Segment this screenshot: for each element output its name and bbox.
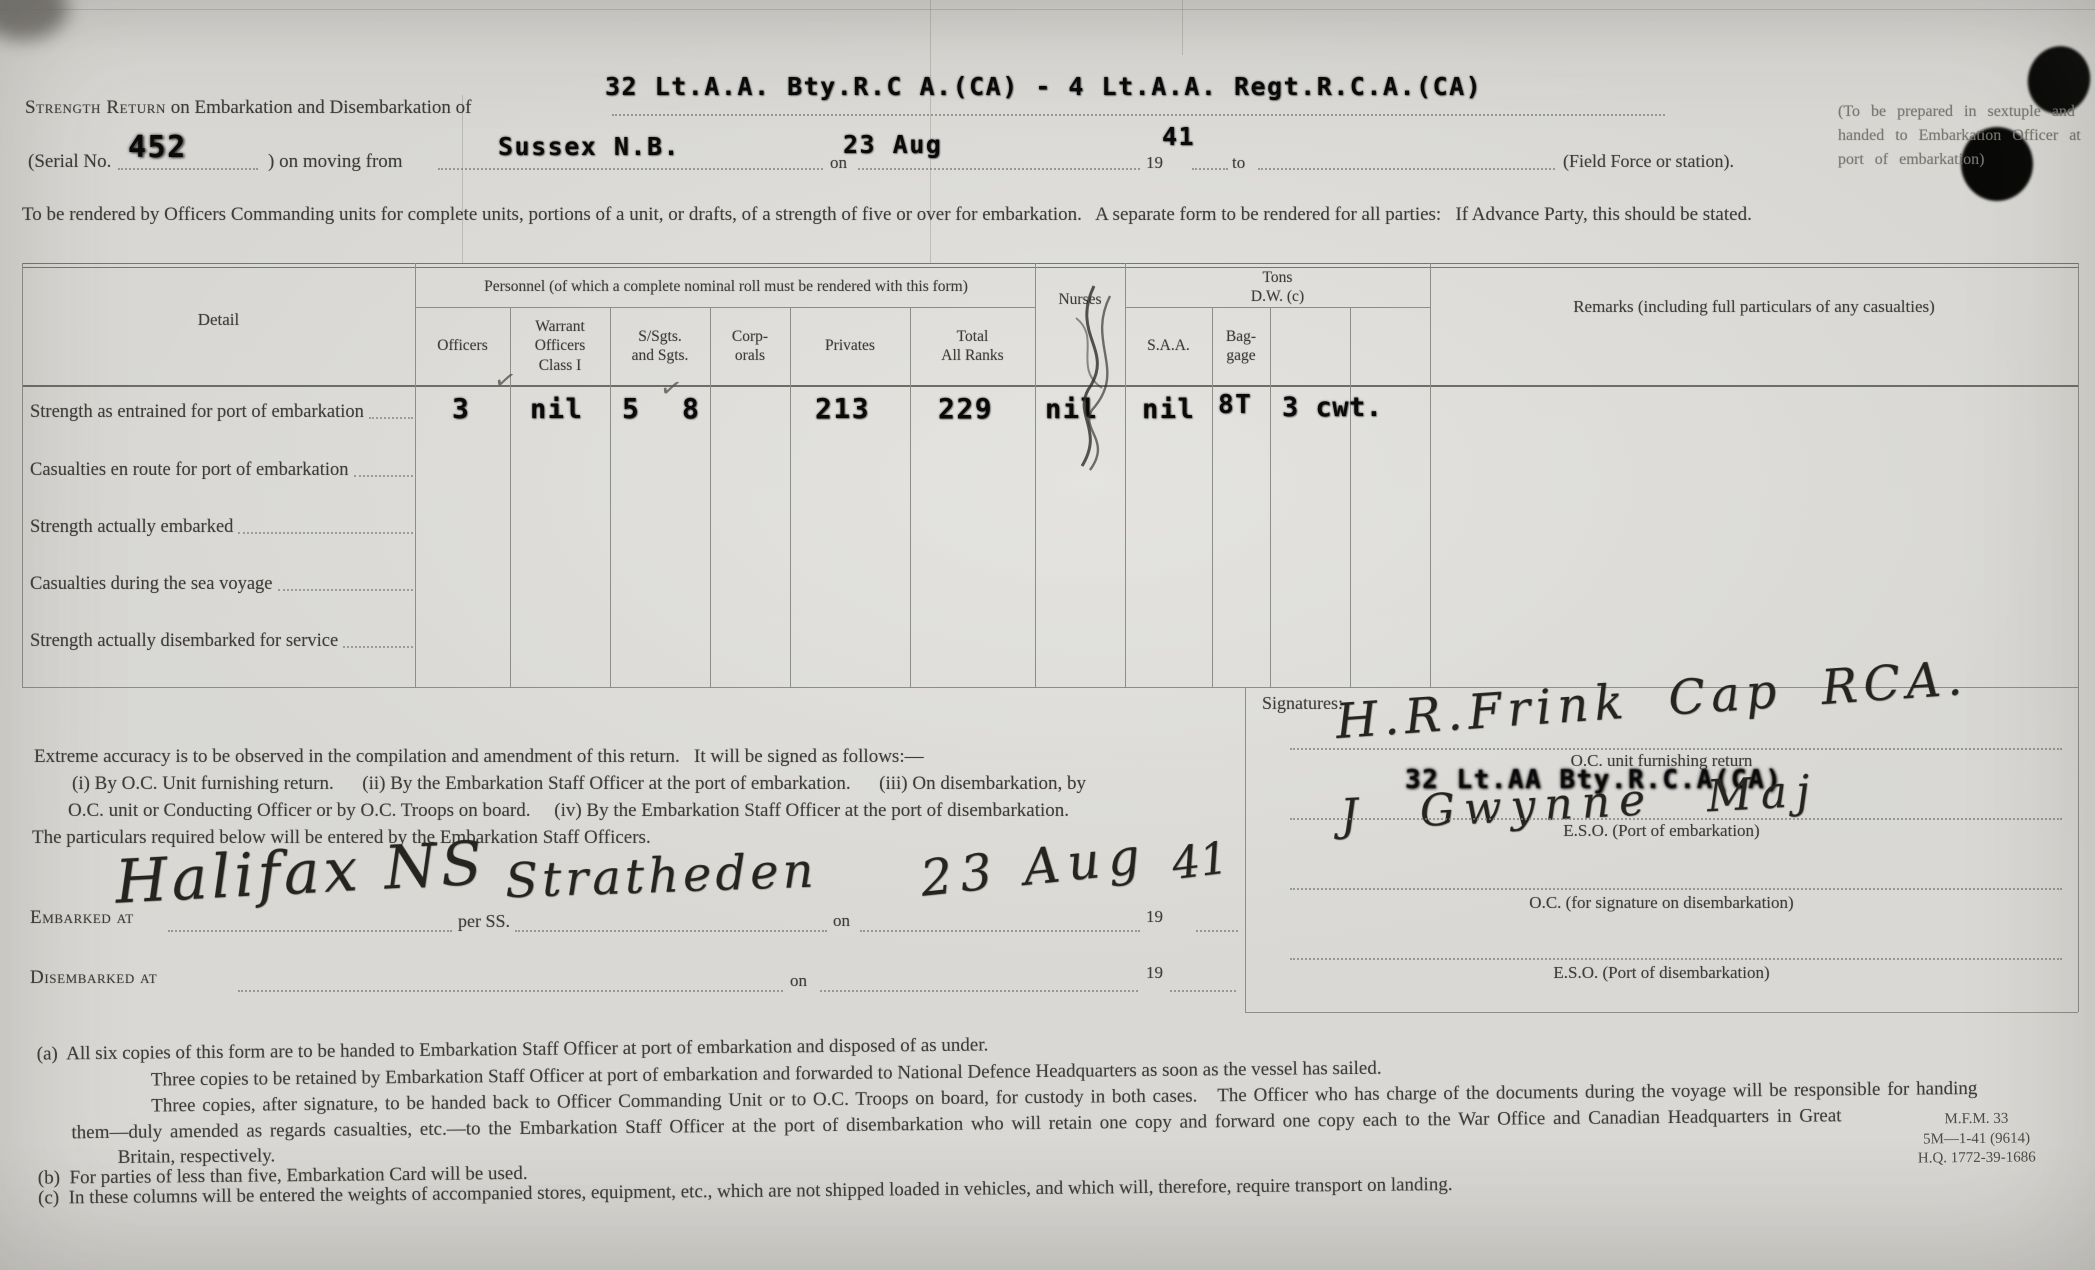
scanned-form-page: Strength Return on Embarkation and Disem… (0, 0, 2095, 1270)
print-ref-line: M.F.M. 33 (1871, 1109, 2081, 1131)
print-ref-line: H.Q. 1772-39-1686 (1872, 1148, 2082, 1170)
footnotes-block: (a) All six copies of this form are to b… (0, 0, 2095, 1270)
print-ref-line: 5M—1-41 (9614) (1872, 1128, 2082, 1150)
print-reference-stamp: M.F.M. 33 5M—1-41 (9614) H.Q. 1772-39-16… (1871, 1109, 2082, 1170)
